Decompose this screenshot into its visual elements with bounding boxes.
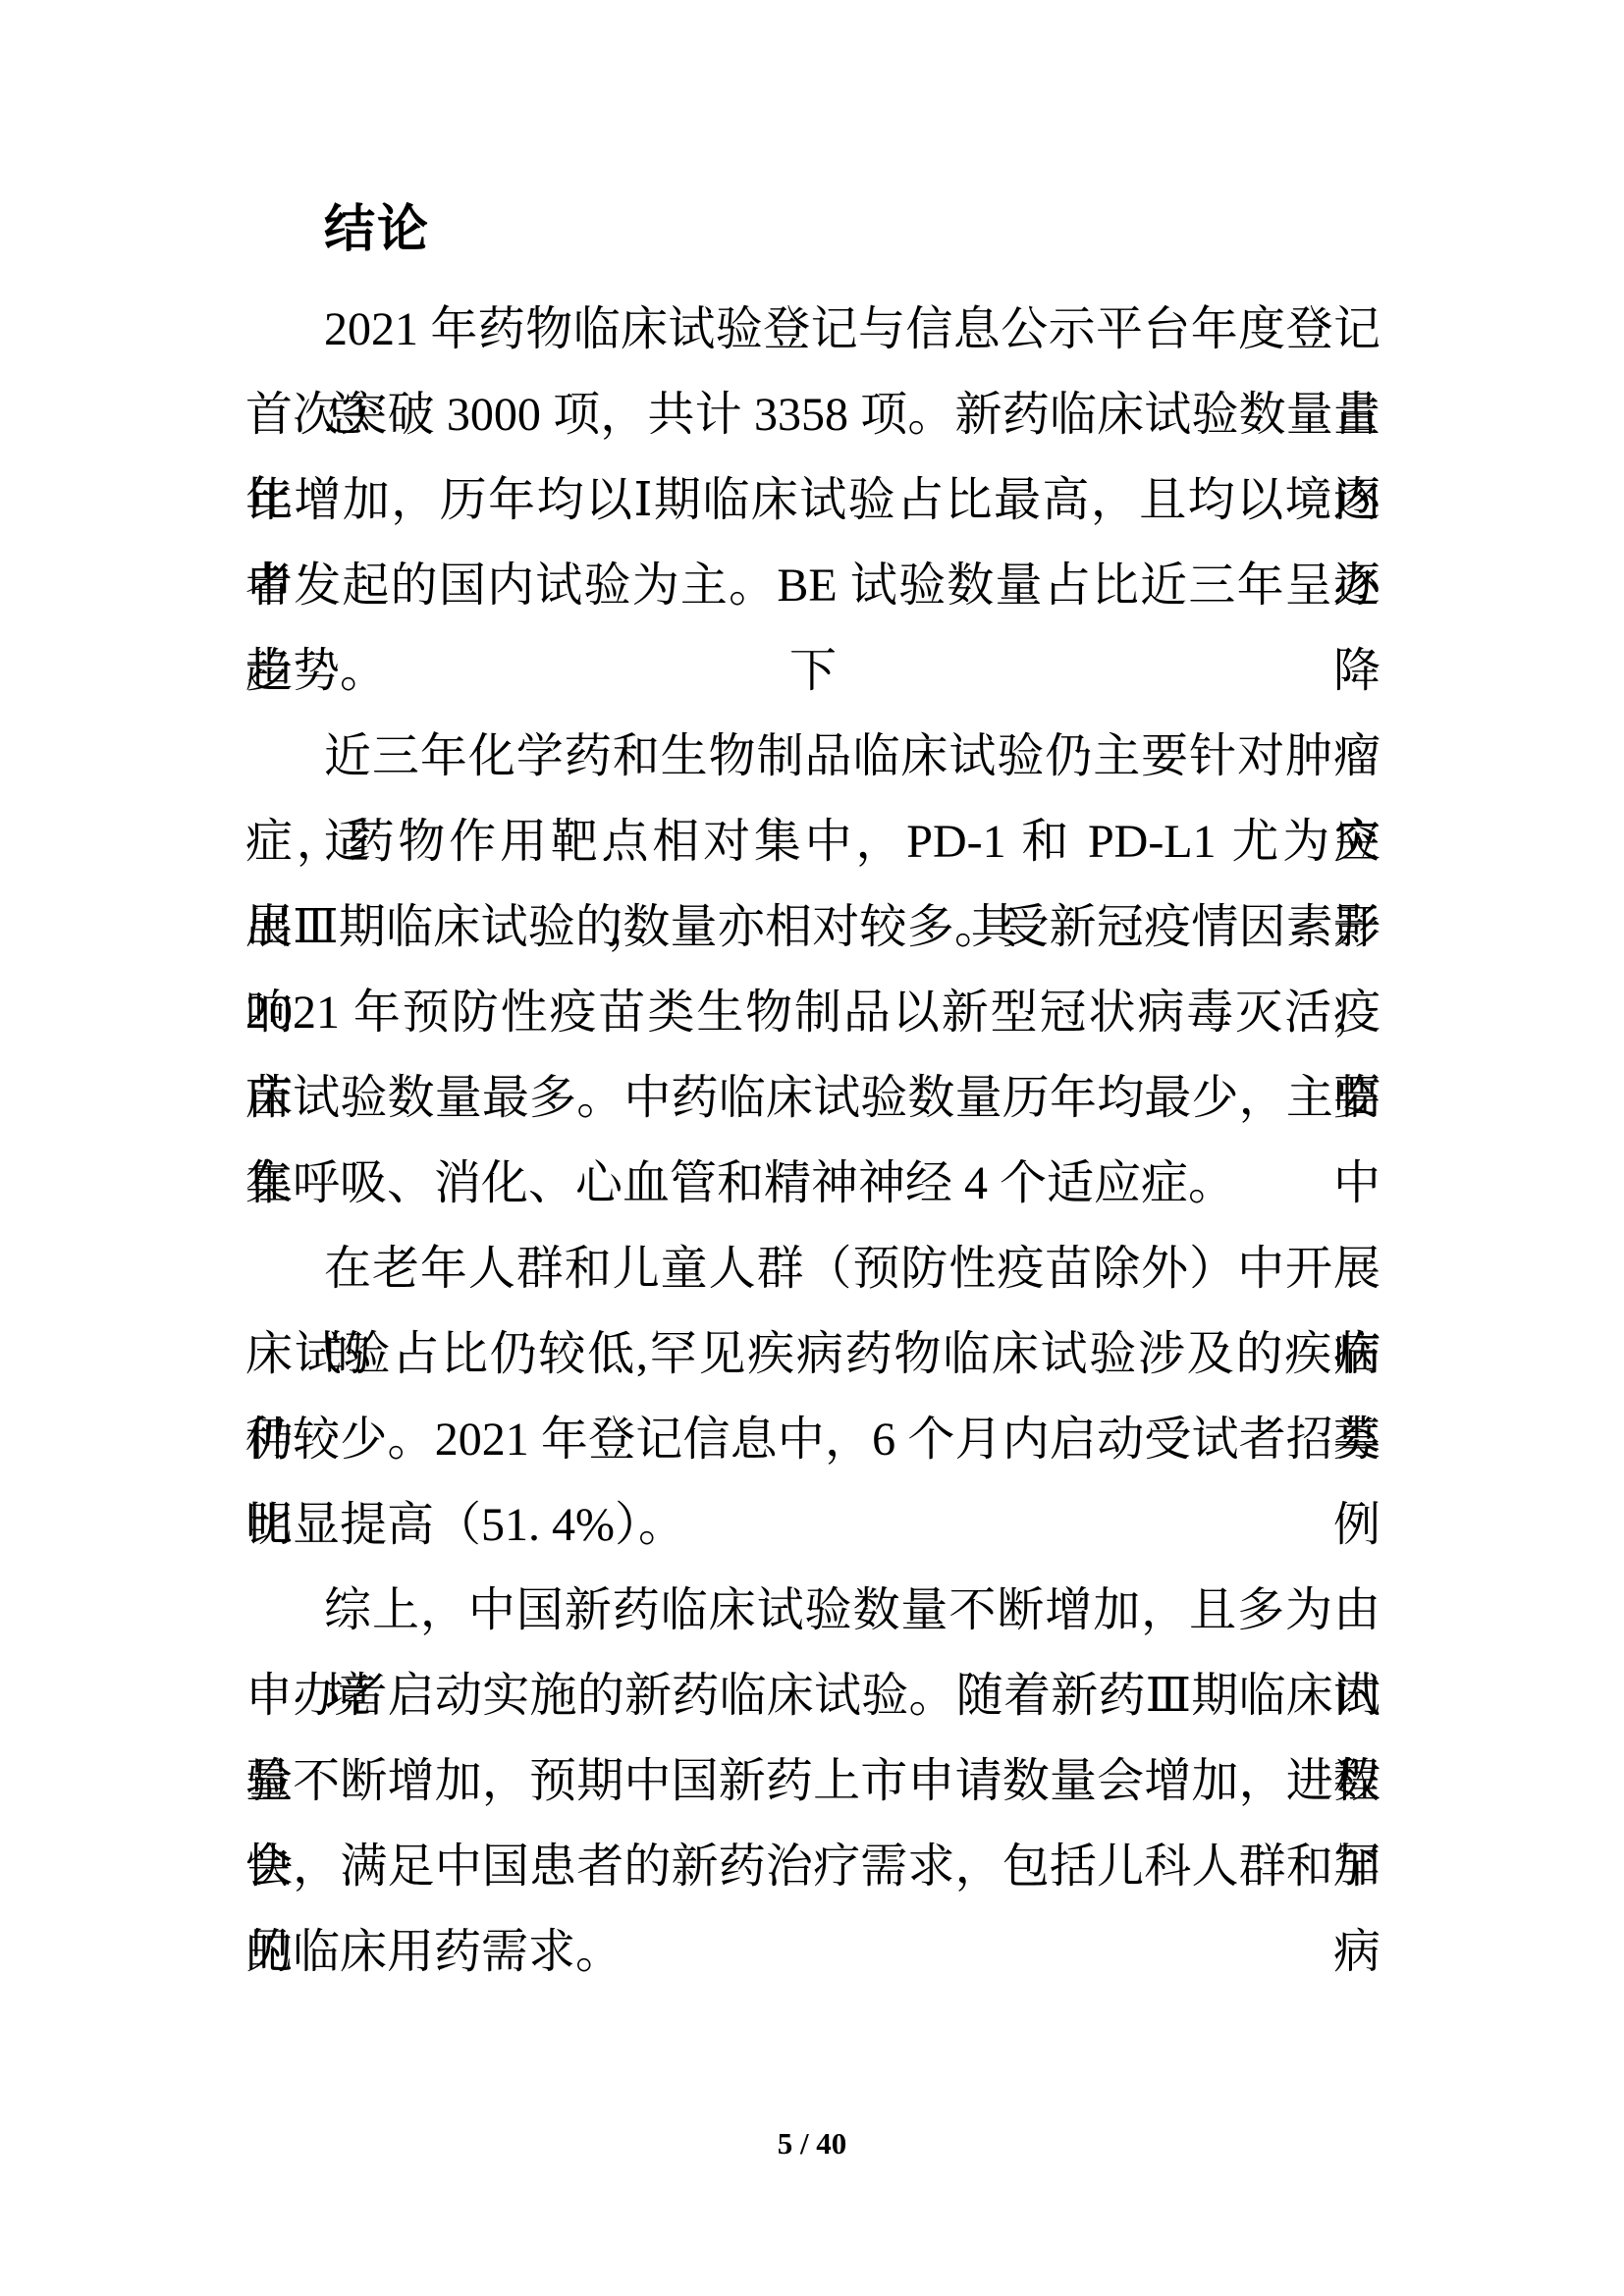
text-line: 在老年人群和儿童人群（预防性疫苗除外）中开展的临	[245, 1226, 1380, 1311]
text-line: 者发起的国内试验为主。BE 试验数量占比近三年呈逐步下降	[245, 543, 1380, 628]
text-line: 2021 年预防性疫苗类生物制品以新型冠状病毒灭活疫苗临	[245, 970, 1380, 1055]
text-line: 仍较少。2021 年登记信息中，6 个月内启动受试者招募比例	[245, 1397, 1380, 1482]
text-line: 年增加，历年均以Ⅰ期临床试验占比最高，且均以境内申办	[245, 457, 1380, 543]
document-body: 2021 年药物临床试验登记与信息公示平台年度登记总量首次突破 3000 项，共…	[245, 287, 1380, 1995]
section-heading: 结论	[324, 199, 430, 260]
text-line: 申办者启动实施的新药临床试验。随着新药Ⅲ期临床试验数	[245, 1653, 1380, 1738]
text-line: 首次突破 3000 项，共计 3358 项。新药临床试验数量占比逐	[245, 372, 1380, 457]
page-number: 5 / 40	[0, 2126, 1624, 2162]
text-line: 床试验数量最多。中药临床试验数量历年均最少，主要集中	[245, 1055, 1380, 1141]
document-page: 结论 2021 年药物临床试验登记与信息公示平台年度登记总量首次突破 3000 …	[0, 0, 1624, 2296]
text-line: 在呼吸、消化、心血管和精神神经 4 个适应症。	[245, 1141, 1380, 1226]
text-line: 近三年化学药和生物制品临床试验仍主要针对肿瘤适应	[245, 714, 1380, 799]
text-line: 展Ⅲ期临床试验的数量亦相对较多。受新冠疫情因素影响，	[245, 884, 1380, 970]
text-line: 综上，中国新药临床试验数量不断增加，且多为由境内	[245, 1568, 1380, 1653]
text-line: 症，药物作用靶点相对集中，PD-1 和 PD-L1 尤为突出，其开	[245, 799, 1380, 884]
text-line: 床试验占比仍较低,罕见疾病药物临床试验涉及的疾病种类	[245, 1311, 1380, 1397]
text-line: 量不断增加，预期中国新药上市申请数量会增加，进程会加	[245, 1738, 1380, 1824]
text-line: 2021 年药物临床试验登记与信息公示平台年度登记总量	[245, 287, 1380, 372]
text-line: 快，满足中国患者的新药治疗需求，包括儿科人群和罕见病	[245, 1824, 1380, 1909]
